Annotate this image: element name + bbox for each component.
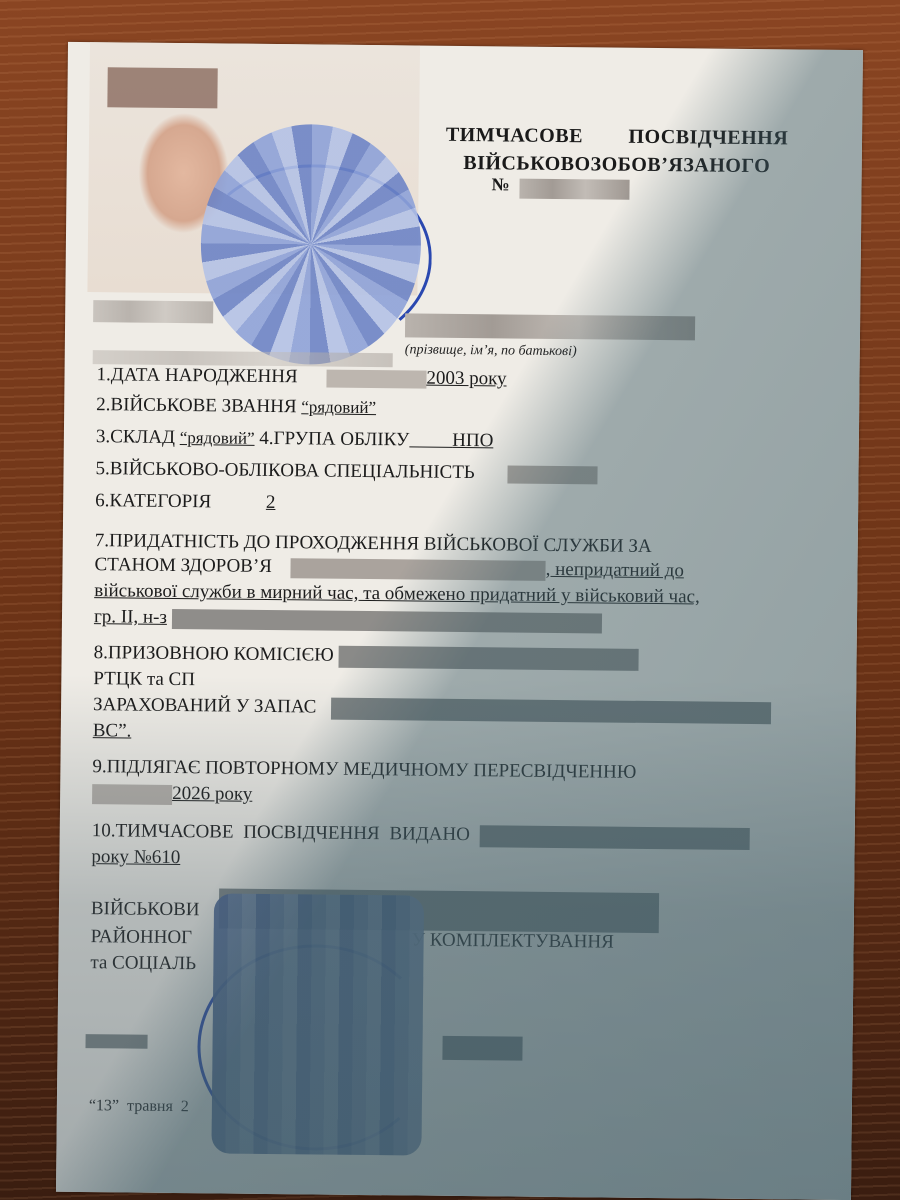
field-label: 2.ВІЙСЬКОВЕ ЗВАННЯ [96, 394, 297, 417]
redacted-signature-name-left [85, 1034, 147, 1049]
field-rank: 2.ВІЙСЬКОВЕ ЗВАННЯ “рядовий” [96, 394, 376, 419]
redacted-fitness-article [172, 609, 602, 634]
document-number: № [491, 174, 509, 195]
field-value: , непридатний до [546, 559, 684, 581]
field-fitness-line-4: гр. II, н-з [94, 606, 602, 633]
date-month: травня [127, 1098, 173, 1115]
field-label: 5.ВІЙСЬКОВО-ОБЛІКОВА СПЕЦІАЛЬНІСТЬ [95, 458, 474, 483]
field-category: 6.КАТЕГОРІЯ 2 [95, 490, 275, 514]
field-commission-line-4: ВС”. [93, 720, 132, 742]
document-paper: ТИМЧАСОВЕ ПОСВІДЧЕННЯ ВІЙСЬКОВОЗОБОВ’ЯЗА… [56, 42, 863, 1200]
signature-line-3: та СОЦІАЛЬ [90, 952, 196, 975]
field-value: гр. II, н-з [94, 606, 167, 628]
redacted-fitness [291, 558, 546, 581]
redacted-birth-day [326, 369, 426, 388]
field-value: “рядовий” [301, 397, 376, 417]
date-year: 2 [181, 1098, 189, 1115]
field-value: 2 [266, 492, 276, 513]
field-label: 1.ДАТА НАРОДЖЕННЯ [96, 364, 297, 387]
redacted-reexam-date [92, 784, 172, 805]
field-value: 2003 року [426, 368, 506, 390]
redacted-photo-hair [107, 67, 217, 108]
redacted-reserve [331, 697, 771, 724]
field-composition-group: 3.СКЛАД “рядовий” 4.ГРУПА ОБЛІКУ НПО [96, 426, 494, 452]
field-label: ЗАРАХОВАНИЙ У ЗАПАС [93, 694, 317, 717]
name-caption: (прізвище, ім’я, по батькові) [405, 342, 577, 360]
field-issued-line-1: 10.ТИМЧАСОВЕ ПОСВІДЧЕННЯ ВИДАНО [92, 820, 750, 850]
redacted-stamp-bottom [211, 893, 424, 1155]
redacted-left-block [93, 300, 213, 323]
field-value: НПО [452, 430, 493, 451]
field-label: 10.ТИМЧАСОВЕ ПОСВІДЧЕННЯ ВИДАНО [92, 820, 470, 845]
redacted-issued [480, 825, 750, 850]
field-label: 8.ПРИЗОВНОЮ КОМІСІЄЮ [94, 642, 334, 666]
field-specialty: 5.ВІЙСЬКОВО-ОБЛІКОВА СПЕЦІАЛЬНІСТЬ [95, 458, 597, 485]
field-value: “рядовий” [180, 428, 255, 448]
field-birth-date: 1.ДАТА НАРОДЖЕННЯ 2003 року [96, 364, 506, 390]
field-fitness-line-1: 7.ПРИДАТНІСТЬ ДО ПРОХОДЖЕННЯ ВІЙСЬКОВОЇ … [95, 530, 652, 558]
field-reexam-line-2: 2026 року [92, 782, 252, 806]
field-label: 6.КАТЕГОРІЯ [95, 490, 211, 512]
number-label: № [491, 174, 509, 194]
redacted-number [519, 179, 629, 200]
field-commission-line-3: ЗАРАХОВАНИЙ У ЗАПАС [93, 694, 771, 724]
signature-text: У КОМПЛЕКТУВАННЯ [411, 929, 613, 952]
field-label: 4.ГРУПА ОБЛІКУ [259, 428, 409, 451]
redacted-commission [338, 645, 638, 670]
redacted-specialty [507, 465, 597, 484]
title-line-1: ТИМЧАСОВЕ ПОСВІДЧЕННЯ [407, 120, 827, 152]
date-day: “13” [89, 1097, 119, 1114]
document-title: ТИМЧАСОВЕ ПОСВІДЧЕННЯ ВІЙСЬКОВОЗОБОВ’ЯЗА… [407, 120, 828, 180]
field-label: СТАНОМ ЗДОРОВ’Я [94, 554, 272, 577]
field-fitness-line-2: СТАНОМ ЗДОРОВ’Я , непридатний до [94, 554, 684, 582]
title-line-2: ВІЙСЬКОВОЗОБОВ’ЯЗАНОГО [407, 148, 827, 180]
signature-text: РАЙОННОГ [91, 926, 193, 948]
redacted-signature-name-right [442, 1036, 522, 1061]
field-issued-line-2: року №610 [91, 846, 180, 869]
field-fitness-line-3: військової служби в мирний час, та обмеж… [94, 580, 700, 608]
signature-line-1: ВІЙСЬКОВИ [91, 898, 200, 921]
redacted-full-name [405, 313, 695, 340]
field-label: 3.СКЛАД [96, 426, 175, 448]
issue-date: “13” травня 2 [89, 1097, 189, 1116]
field-commission-line-2: РТЦК та СП [93, 668, 195, 691]
field-value: 2026 року [172, 783, 252, 805]
field-commission-line-1: 8.ПРИЗОВНОЮ КОМІСІЄЮ [93, 642, 638, 670]
field-reexam-line-1: 9.ПІДЛЯГАЄ ПОВТОРНОМУ МЕДИЧНОМУ ПЕРЕСВІД… [92, 756, 636, 784]
